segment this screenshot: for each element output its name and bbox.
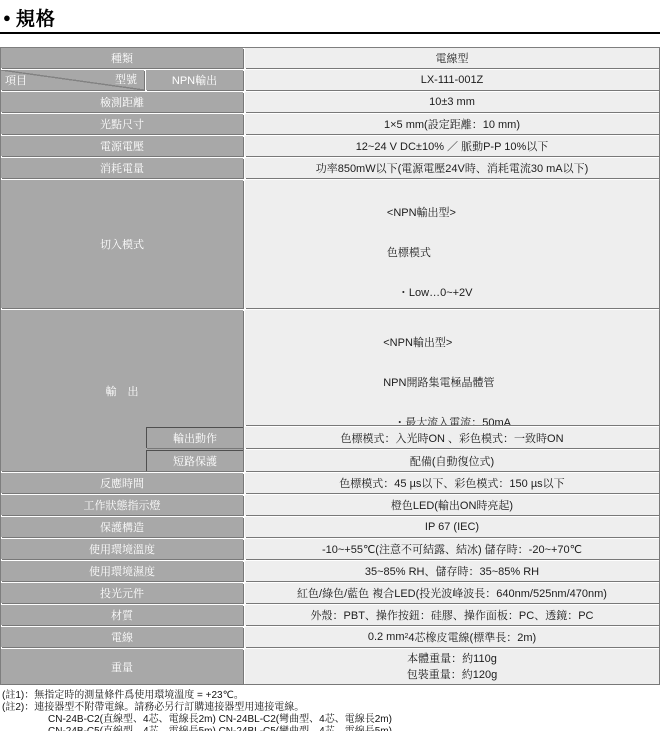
row-kind-label: 種類 <box>1 48 243 68</box>
spec-page: ● 規格 種類 電線型 項目 型號 NPN輸出 LX-111-001Z 檢測距離… <box>0 0 660 731</box>
page-title: 規格 <box>16 4 56 31</box>
row-ambient-temp-label: 使用環境溫度 <box>1 539 243 559</box>
title-underline <box>0 32 660 34</box>
row-protection-value: IP 67 (IEC) <box>245 517 659 537</box>
weight-line-body: 本體重量：約110g <box>245 651 659 667</box>
output-line: <NPN輸出型> <box>383 335 521 351</box>
spec-table: 種類 電線型 項目 型號 NPN輸出 LX-111-001Z 檢測距離 10±3… <box>0 47 660 685</box>
row-indicator-value: 橙色LED(輸出ON時亮起) <box>245 495 659 515</box>
model-number-value: LX-111-001Z <box>245 70 659 90</box>
row-indicator-label: 工作狀態指示燈 <box>1 495 243 515</box>
row-input-mode-label: 切入模式 <box>1 180 243 308</box>
row-response-time-label: 反應時間 <box>1 473 243 493</box>
row-material-label: 材質 <box>1 605 243 625</box>
row-spot-size-label: 光點尺寸 <box>1 114 243 134</box>
bullet-icon: ● <box>3 11 11 24</box>
item-label: 項目 <box>5 72 27 88</box>
row-power-consumption-label: 消耗電量 <box>1 158 243 178</box>
row-short-circuit-value: 配備(自動復位式) <box>245 450 659 471</box>
input-mode-line: ・Low…0~+2V <box>387 285 517 301</box>
footnote-2-cables-1: CN-24B-C2(直線型、4芯、電線長2m) CN-24BL-C2(彎曲型、4… <box>2 714 660 726</box>
row-output-value: <NPN輸出型> NPN開路集電極晶體管 ・最大流入電流：50mA ・外加電壓：… <box>245 310 659 425</box>
cable-value-pre: 0.2 mm <box>368 631 405 643</box>
row-sensing-range-value: 10±3 mm <box>245 92 659 112</box>
row-weight-label: 重量 <box>1 649 243 684</box>
row-output-operation-value: 色標模式：入光時ON 、彩色模式：一致時ON <box>245 427 659 448</box>
input-mode-line: <NPN輸出型> <box>387 205 517 221</box>
row-cable-label: 電線 <box>1 627 243 647</box>
row-power-consumption-value: 功率850mW以下(電源電壓24V時、消耗電流30 mA以下) <box>245 158 659 178</box>
footnote-2-text: 連接器型不附帶電線。請務必另行訂購連接器型用連接電線。 <box>34 702 304 713</box>
footnotes: (註1)：無指定時的測量條件爲使用環境溫度 = +23℃。 (註2)：連接器型不… <box>0 690 660 731</box>
output-line: ・最大流入電流：50mA <box>383 415 521 425</box>
row-kind-value: 電線型 <box>245 48 659 68</box>
cable-value-post: 4芯橡皮電線(標準長：2m) <box>408 629 536 645</box>
row-ambient-temp-value: -10~+55℃(注意不可結露、結冰) 儲存時：-20~+70℃ <box>245 539 659 559</box>
row-supply-voltage-value: 12~24 V DC±10% ／ 脈動P-P 10%以下 <box>245 136 659 156</box>
row-output-operation-label: 輸出動作 <box>146 427 243 448</box>
row-spot-size-value: 1×5 mm(設定距離：10 mm) <box>245 114 659 134</box>
input-mode-line: 色標模式 <box>387 245 517 261</box>
row-cable-value: 0.2 mm24芯橡皮電線(標準長：2m) <box>245 627 659 647</box>
row-sensing-range-label: 檢測距離 <box>1 92 243 112</box>
section-title-row: ● 規格 <box>0 4 660 30</box>
row-response-time-value: 色標模式：45 µs以下、彩色模式：150 µs以下 <box>245 473 659 493</box>
footnote-2: (註2)：連接器型不附帶電線。請務必另行訂購連接器型用連接電線。 <box>2 702 660 714</box>
row-input-mode-value: <NPN輸出型> 色標模式 ・Low…0~+2V (流出電流 0.5mA以下) … <box>245 180 659 308</box>
footnote-1-text: 無指定時的測量條件爲使用環境溫度 = +23℃。 <box>34 690 244 701</box>
footnote-1-label: (註1)： <box>2 690 34 701</box>
npn-output-label: NPN輸出 <box>146 70 243 90</box>
row-emitting-element-label: 投光元件 <box>1 583 243 603</box>
footnote-2-cables-2: CN-24B-C5(直線型、4芯、電線長5m) CN-24BL-C5(彎曲型、4… <box>2 726 660 731</box>
footnote-2-label: (註2)： <box>2 702 34 713</box>
row-protection-label: 保護構造 <box>1 517 243 537</box>
row-ambient-humidity-value: 35~85% RH、儲存時：35~85% RH <box>245 561 659 581</box>
row-weight-value: 本體重量：約110g 包裝重量：約120g <box>245 649 659 684</box>
row-emitting-element-value: 紅色/綠色/藍色 複合LED(投光波峰波長：640nm/525nm/470nm) <box>245 583 659 603</box>
row-ambient-humidity-label: 使用環境濕度 <box>1 561 243 581</box>
weight-line-packing: 包裝重量：約120g <box>245 667 659 683</box>
output-line: NPN開路集電極晶體管 <box>383 375 521 391</box>
item-model-diagonal-cell: 項目 型號 <box>1 70 144 90</box>
row-supply-voltage-label: 電源電壓 <box>1 136 243 156</box>
row-material-value: 外殼：PBT、操作按鈕：硅膠、操作面板：PC、透鏡：PC <box>245 605 659 625</box>
footnote-1: (註1)：無指定時的測量條件爲使用環境溫度 = +23℃。 <box>2 690 660 702</box>
model-label: 型號 <box>115 71 137 87</box>
row-short-circuit-label: 短路保護 <box>146 450 243 471</box>
